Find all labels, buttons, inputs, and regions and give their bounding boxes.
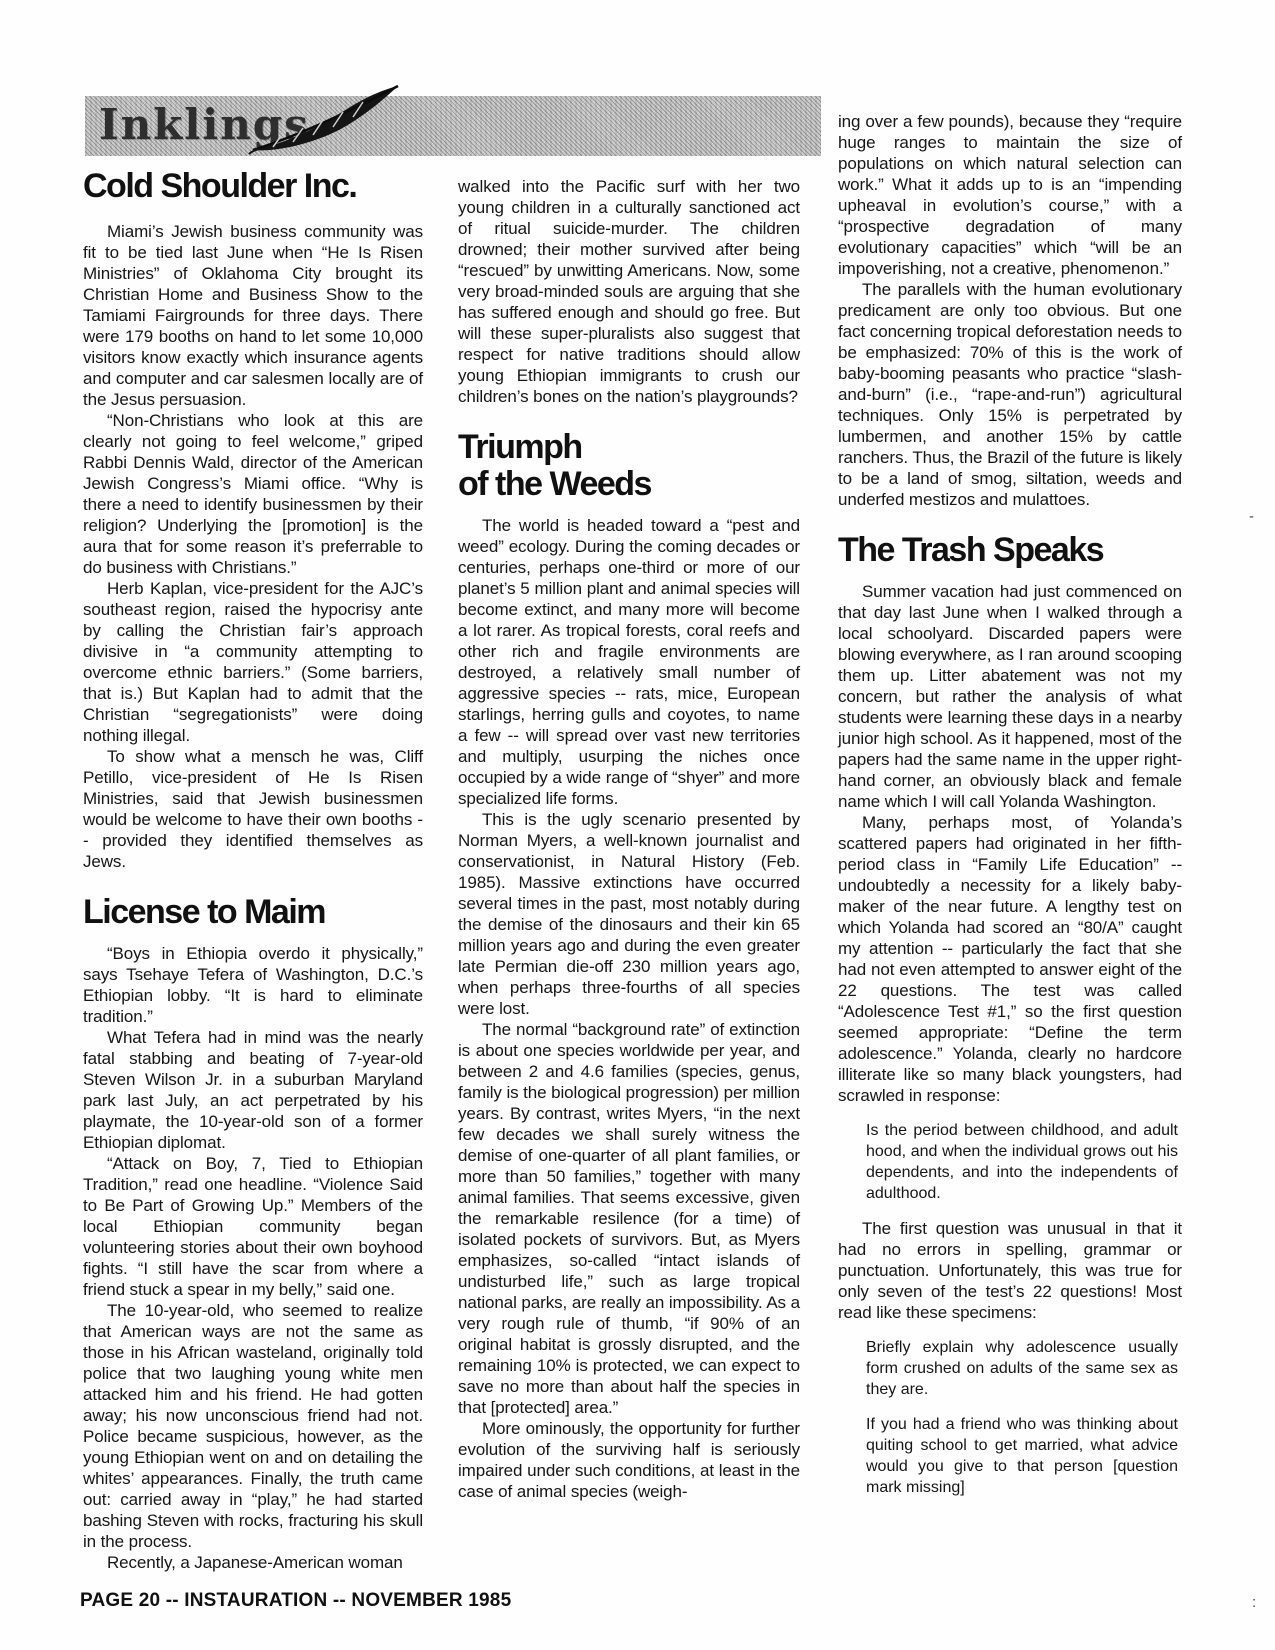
paragraph: Recently, a Japanese-American woman bbox=[83, 1552, 423, 1573]
paragraph: The 10-year-old, who seemed to realize t… bbox=[83, 1300, 423, 1552]
blockquote-test-answer: Is the period between childhood, and adu… bbox=[866, 1120, 1182, 1204]
article-title-cold-shoulder-inc: Cold Shoulder Inc. bbox=[83, 168, 423, 205]
paragraph: The world is headed toward a “pest and w… bbox=[458, 515, 800, 809]
blockquote-test-question-2: If you had a friend who was thinking abo… bbox=[866, 1414, 1182, 1498]
paragraph: Miami’s Jewish business community was fi… bbox=[83, 221, 423, 410]
scan-artifact-colon: : bbox=[1252, 1598, 1256, 1608]
column-left: Cold Shoulder Inc. Miami’s Jewish busine… bbox=[83, 168, 423, 1573]
paragraph: More ominously, the opportunity for furt… bbox=[458, 1418, 800, 1502]
quill-feather-icon bbox=[243, 84, 408, 159]
scan-artifact-dash: - bbox=[1249, 512, 1254, 522]
column-right: ing over a few pounds), because they “re… bbox=[838, 111, 1182, 1512]
magazine-page: Inklings Cold Shoulder Inc. Miami’s Jewi… bbox=[0, 0, 1275, 1650]
column-middle: walked into the Pacific surf with her tw… bbox=[458, 176, 800, 1502]
paragraph: “Attack on Boy, 7, Tied to Ethiopian Tra… bbox=[83, 1153, 423, 1300]
page-footer: PAGE 20 -- INSTAURATION -- NOVEMBER 1985 bbox=[80, 1590, 511, 1612]
article-title-the-trash-speaks: The Trash Speaks bbox=[838, 532, 1182, 569]
paragraph: This is the ugly scenario presented by N… bbox=[458, 809, 800, 1019]
paragraph-continuation: walked into the Pacific surf with her tw… bbox=[458, 176, 800, 407]
article-title-license-to-maim: License to Maim bbox=[83, 894, 423, 931]
paragraph-continuation: ing over a few pounds), because they “re… bbox=[838, 111, 1182, 279]
paragraph: To show what a mensch he was, Cliff Peti… bbox=[83, 746, 423, 872]
paragraph: “Boys in Ethiopia overdo it physically,”… bbox=[83, 943, 423, 1027]
paragraph: The first question was unusual in that i… bbox=[838, 1218, 1182, 1323]
paragraph: Herb Kaplan, vice-president for the AJC’… bbox=[83, 578, 423, 746]
paragraph: The normal “background rate” of extincti… bbox=[458, 1019, 800, 1418]
paragraph: The parallels with the human evolutionar… bbox=[838, 279, 1182, 510]
inklings-banner: Inklings bbox=[85, 96, 821, 156]
paragraph: Summer vacation had just commenced on th… bbox=[838, 581, 1182, 812]
paragraph: Many, perhaps most, of Yolanda’s scatter… bbox=[838, 812, 1182, 1106]
paragraph: What Tefera had in mind was the nearly f… bbox=[83, 1027, 423, 1153]
blockquote-test-question-1: Briefly explain why adolescence usually … bbox=[866, 1337, 1182, 1400]
paragraph: “Non-Christians who look at this are cle… bbox=[83, 410, 423, 578]
article-title-triumph-of-the-weeds: Triumph of the Weeds bbox=[458, 429, 800, 503]
